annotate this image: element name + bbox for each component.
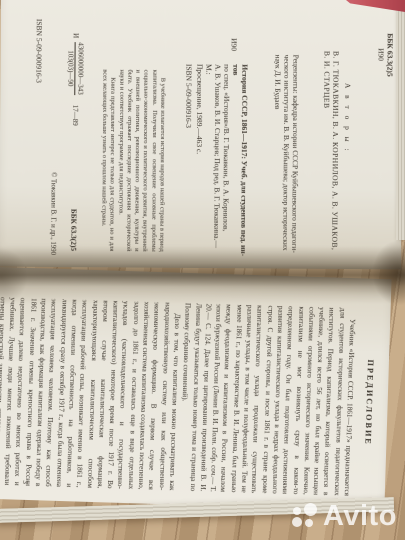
bbk-code-bottom: ББК 63.3(2)5 [69, 209, 78, 251]
reviewer-line: ческого института им. В. В. Куйбышева; д… [281, 55, 291, 259]
reviewer-line: Рецензенты: кафедра истории СССР Куйбыше… [290, 55, 300, 259]
index-suffix: 17—89 [71, 105, 79, 126]
book-photo: ББК 63.3(2)5 И90 А в т о р ы : В. Г. ТЮК… [0, 0, 405, 540]
annotation-paragraph: Книга представляет интерес не только для… [99, 69, 117, 251]
copyright-line: © Тюкавкин В. Г. и др., 1990 [49, 19, 58, 255]
preface-heading: ПРЕДИСЛОВИЕ [362, 309, 377, 497]
bib-line: Просвещение, 1989.—463 с. [194, 64, 204, 258]
page-edge-stack-right [396, 0, 405, 240]
reviewers-block: Рецензенты: кафедра истории СССР Куйбыше… [272, 55, 300, 259]
preface-page: ПРЕДИСЛОВИЕ Учебник «История СССР. 1861—… [0, 267, 392, 511]
annotation-paragraph: В учебнике излагается история народов на… [115, 69, 166, 251]
author-line: В. Г. ТЮКАВКИН, В. А. КОРНИЛОВ, А. В. УШ… [330, 51, 340, 259]
bib-line: История СССР, 1861—1917: Учеб. для студе… [230, 64, 249, 258]
page-number: 3 [21, 480, 29, 484]
avito-logo-icon [292, 503, 318, 531]
isbn-after-record: ISBN 5-09-000916-3 [183, 64, 193, 258]
annotation-block: В учебнике излагается история народов на… [99, 69, 167, 251]
avito-watermark: Avito [292, 500, 397, 533]
copyright-page: ББК 63.3(2)5 И90 А в т о р ы : В. Г. ТЮК… [0, 0, 403, 269]
preface-text: Учебник «История СССР. 1861—1917» предна… [0, 295, 358, 496]
index-fraction: 4306000000—343 103(03)—90 [66, 42, 84, 95]
index-label: И [71, 33, 79, 38]
index-formula-row: И 4306000000—343 103(03)—90 17—89 ББК 63… [65, 33, 85, 253]
preface-paragraph: Дело в том, что капитализм можно рассмат… [0, 295, 183, 490]
authors-list: В. Г. ТЮКАВКИН, В. А. КОРНИЛОВ, А. В. УШ… [321, 21, 341, 259]
index-numerator: 4306000000—343 [76, 42, 84, 95]
bibliographic-record: И90 История СССР, 1861—1917: Учеб. для с… [194, 64, 249, 258]
isbn-bottom: ISBN 5-09-000916-3 [33, 19, 44, 257]
avito-watermark-label: Avito [323, 500, 397, 533]
bib-line: А. В. Ушаков, В. И. Старцев; Под ред. В.… [203, 64, 222, 258]
gutter-shadow-left [0, 248, 28, 306]
author-mark: И90 [375, 48, 385, 259]
gutter-shadow-right [372, 240, 405, 306]
index-denominator: 103(03)—90 [66, 42, 76, 95]
bib-lines: История СССР, 1861—1917: Учеб. для студе… [194, 64, 249, 258]
preface-paragraph: Учебник «История СССР. 1861—1917» предна… [177, 303, 358, 496]
bib-line: по спец. «История»/В. Г. Тюкавкин, В. А.… [221, 64, 231, 258]
bbk-code-top: ББК 63.3(2)5 [384, 33, 395, 259]
authors-label: А в т о р ы : [342, 83, 352, 259]
author-mark-bib: И90 [230, 38, 239, 51]
